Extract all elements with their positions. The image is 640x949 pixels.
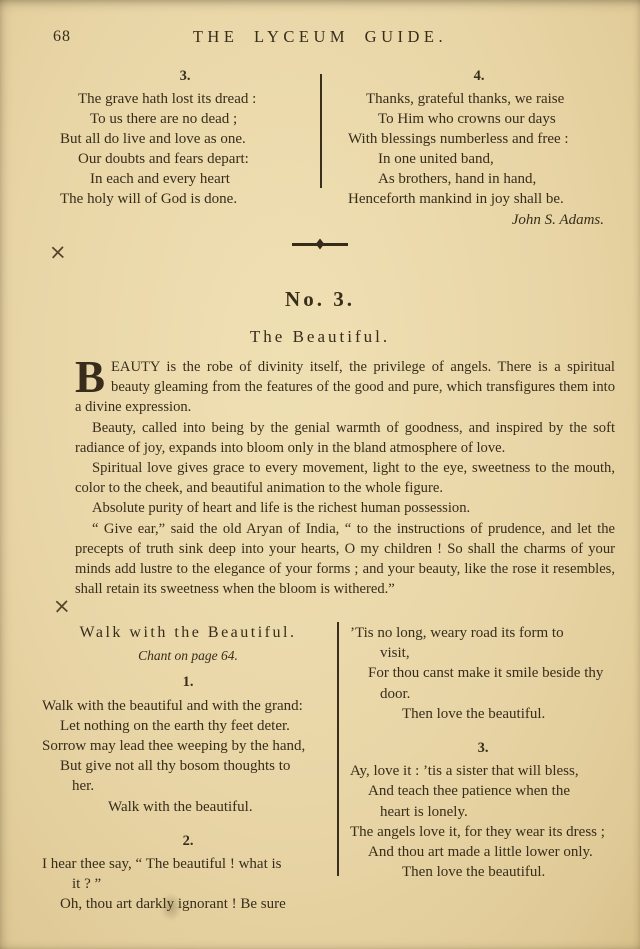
paragraph: “ Give ear,” said the old Aryan of India…	[75, 519, 615, 600]
verse-line: With blessings numberless and free :	[348, 129, 610, 149]
column-divider	[337, 622, 339, 876]
verse-line: Then love the beautiful.	[402, 704, 616, 724]
verse-number: 3.	[350, 738, 616, 758]
running-title: THE LYCEUM GUIDE.	[0, 27, 640, 47]
verse-line: The angels love it, for they wear its dr…	[350, 822, 616, 842]
verse-line: visit,	[380, 643, 616, 663]
verse-line: I hear thee say, “ The beautiful ! what …	[42, 854, 334, 874]
verse-number: 2.	[42, 831, 334, 851]
verse-line: ’Tis no long, weary road its form to	[350, 623, 616, 643]
hymn-column-right: 4. Thanks, grateful thanks, we raise To …	[348, 66, 610, 230]
verse-number: 4.	[348, 66, 610, 86]
column-divider	[320, 74, 322, 188]
verse-line: Then love the beautiful.	[402, 862, 616, 882]
verse-number: 3.	[60, 66, 310, 86]
verse-line: door.	[380, 684, 616, 704]
chant-note: Chant on page 64.	[42, 646, 334, 666]
book-page: 68 THE LYCEUM GUIDE. 3. The grave hath l…	[0, 0, 640, 949]
verse-line: And teach thee patience when the	[368, 781, 616, 801]
section-number-heading: No. 3.	[0, 287, 640, 312]
ornament-diamond	[316, 239, 324, 250]
verse-line: But give not all thy bosom thoughts to	[60, 756, 334, 776]
section-title: The Beautiful.	[0, 327, 640, 347]
paragraph-text: EAUTY is the robe of divinity itself, th…	[75, 359, 615, 415]
verse-line: Thanks, grateful thanks, we raise	[366, 89, 610, 109]
paragraph: BEAUTY is the robe of divinity itself, t…	[75, 357, 615, 418]
verse-line: heart is lonely.	[380, 802, 616, 822]
paragraph: Absolute purity of heart and life is the…	[75, 498, 615, 518]
verse-line: her.	[72, 776, 334, 796]
verse-line: Ay, love it : ’tis a sister that will bl…	[350, 761, 616, 781]
verse-line: it ? ”	[72, 874, 334, 894]
verse-line: Oh, thou art darkly ignorant ! Be sure	[60, 894, 334, 914]
section-divider-ornament	[0, 239, 640, 246]
verse-line: The holy will of God is done.	[60, 189, 310, 209]
verse-line: The grave hath lost its dread :	[78, 89, 310, 109]
prose-block: BEAUTY is the robe of divinity itself, t…	[75, 357, 615, 599]
verse-line: To us there are no dead ;	[90, 109, 310, 129]
hymn-title: Walk with the Beautiful.	[42, 623, 334, 643]
verse-line: Let nothing on the earth thy feet deter.	[60, 716, 334, 736]
verse-line: And thou art made a little lower only.	[368, 842, 616, 862]
paragraph: Beauty, called into being by the genial …	[75, 418, 615, 458]
verse-line: For thou canst make it smile beside thy	[368, 663, 616, 683]
verse-line: Henceforth mankind in joy shall be.	[348, 189, 610, 209]
verse-line: In each and every heart	[90, 169, 310, 189]
pencil-x-mark: ×	[53, 594, 71, 619]
hymn-column-left: 3. The grave hath lost its dread : To us…	[60, 66, 310, 209]
hymn-column-left: Walk with the Beautiful. Chant on page 6…	[42, 623, 334, 915]
verse-line: Our doubts and fears depart:	[78, 149, 310, 169]
verse-line: In one united band,	[378, 149, 610, 169]
hymn-column-right: ’Tis no long, weary road its form to vis…	[350, 623, 616, 882]
verse-line: As brothers, hand in hand,	[378, 169, 610, 189]
verse-number: 1.	[42, 672, 334, 692]
paper-smudge	[160, 893, 182, 921]
verse-line: Walk with the beautiful.	[108, 797, 334, 817]
verse-line: Walk with the beautiful and with the gra…	[42, 696, 334, 716]
verse-line: To Him who crowns our days	[378, 109, 610, 129]
author-attribution: John S. Adams.	[348, 210, 610, 230]
ornament-rule	[292, 243, 348, 246]
verse-line: Sorrow may lead thee weeping by the hand…	[42, 736, 334, 756]
paragraph: Spiritual love gives grace to every move…	[75, 458, 615, 498]
verse-line: But all do live and love as one.	[60, 129, 310, 149]
drop-cap: B	[75, 357, 111, 394]
